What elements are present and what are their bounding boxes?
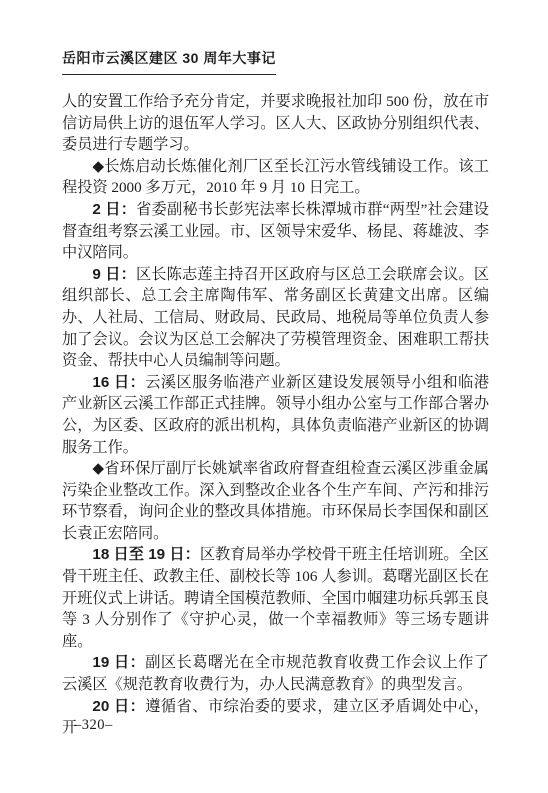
running-header-wrap: 岳阳市云溪区建区 30 周年大事记 <box>62 50 489 75</box>
paragraph-5: 16 日：云溪区服务临港产业新区建设发展领导小组和临港产业新区云溪工作部正式挂牌… <box>62 372 489 458</box>
date-prefix: 18 日至 19 日： <box>92 546 199 563</box>
body-text: 人的安置工作给予充分肯定，并要求晚报社加印 500 份，放在市信访局供上访的退伍… <box>62 91 489 739</box>
paragraph-2: ◆长炼启动长炼催化剂厂区至长江污水管线铺设工作。该工程投资 2000 多万元，2… <box>62 156 489 199</box>
date-prefix: 19 日： <box>92 654 145 671</box>
date-prefix: 9 日： <box>92 266 136 283</box>
paragraph-3: 2 日：省委副秘书长彭宪法率长株潭城市群“两型”社会建设督查组考察云溪工业园。市… <box>62 199 489 264</box>
page-number: –320– <box>74 717 113 734</box>
paragraph-6: ◆省环保厅副厅长姚斌率省政府督查组检查云溪区涉重金属污染企业整改工作。深入到整改… <box>62 458 489 544</box>
paragraph-text: ◆长炼启动长炼催化剂厂区至长江污水管线铺设工作。该工程投资 2000 多万元，2… <box>62 158 489 197</box>
paragraph-8: 19 日：副区长葛曙光在全市规范教育收费工作会议上作了云溪区《规范教育收费行为，… <box>62 652 489 695</box>
page-content: 岳阳市云溪区建区 30 周年大事记 人的安置工作给予充分肯定，并要求晚报社加印 … <box>62 50 489 739</box>
paragraph-text: ◆省环保厅副厅长姚斌率省政府督查组检查云溪区涉重金属污染企业整改工作。深入到整改… <box>62 460 489 542</box>
date-prefix: 2 日： <box>92 201 136 218</box>
date-prefix: 20 日： <box>92 698 145 715</box>
paragraph-4: 9 日：区长陈志莲主持召开区政府与区总工会联席会议。区组织部长、总工会主席陶伟军… <box>62 264 489 372</box>
paragraph-1: 人的安置工作给予充分肯定，并要求晚报社加印 500 份，放在市信访局供上访的退伍… <box>62 91 489 156</box>
paragraph-7: 18 日至 19 日：区教育局举办学校骨干班主任培训班。全区骨干班主任、政教主任… <box>62 544 489 652</box>
paragraph-9: 20 日：遵循省、市综治委的要求，建立区矛盾调处中心，开 <box>62 696 489 739</box>
date-prefix: 16 日： <box>92 374 145 391</box>
running-header: 岳阳市云溪区建区 30 周年大事记 <box>62 51 276 75</box>
paragraph-text: 人的安置工作给予充分肯定，并要求晚报社加印 500 份，放在市信访局供上访的退伍… <box>62 93 489 153</box>
document-page: 岳阳市云溪区建区 30 周年大事记 人的安置工作给予充分肯定，并要求晚报社加印 … <box>0 0 548 793</box>
